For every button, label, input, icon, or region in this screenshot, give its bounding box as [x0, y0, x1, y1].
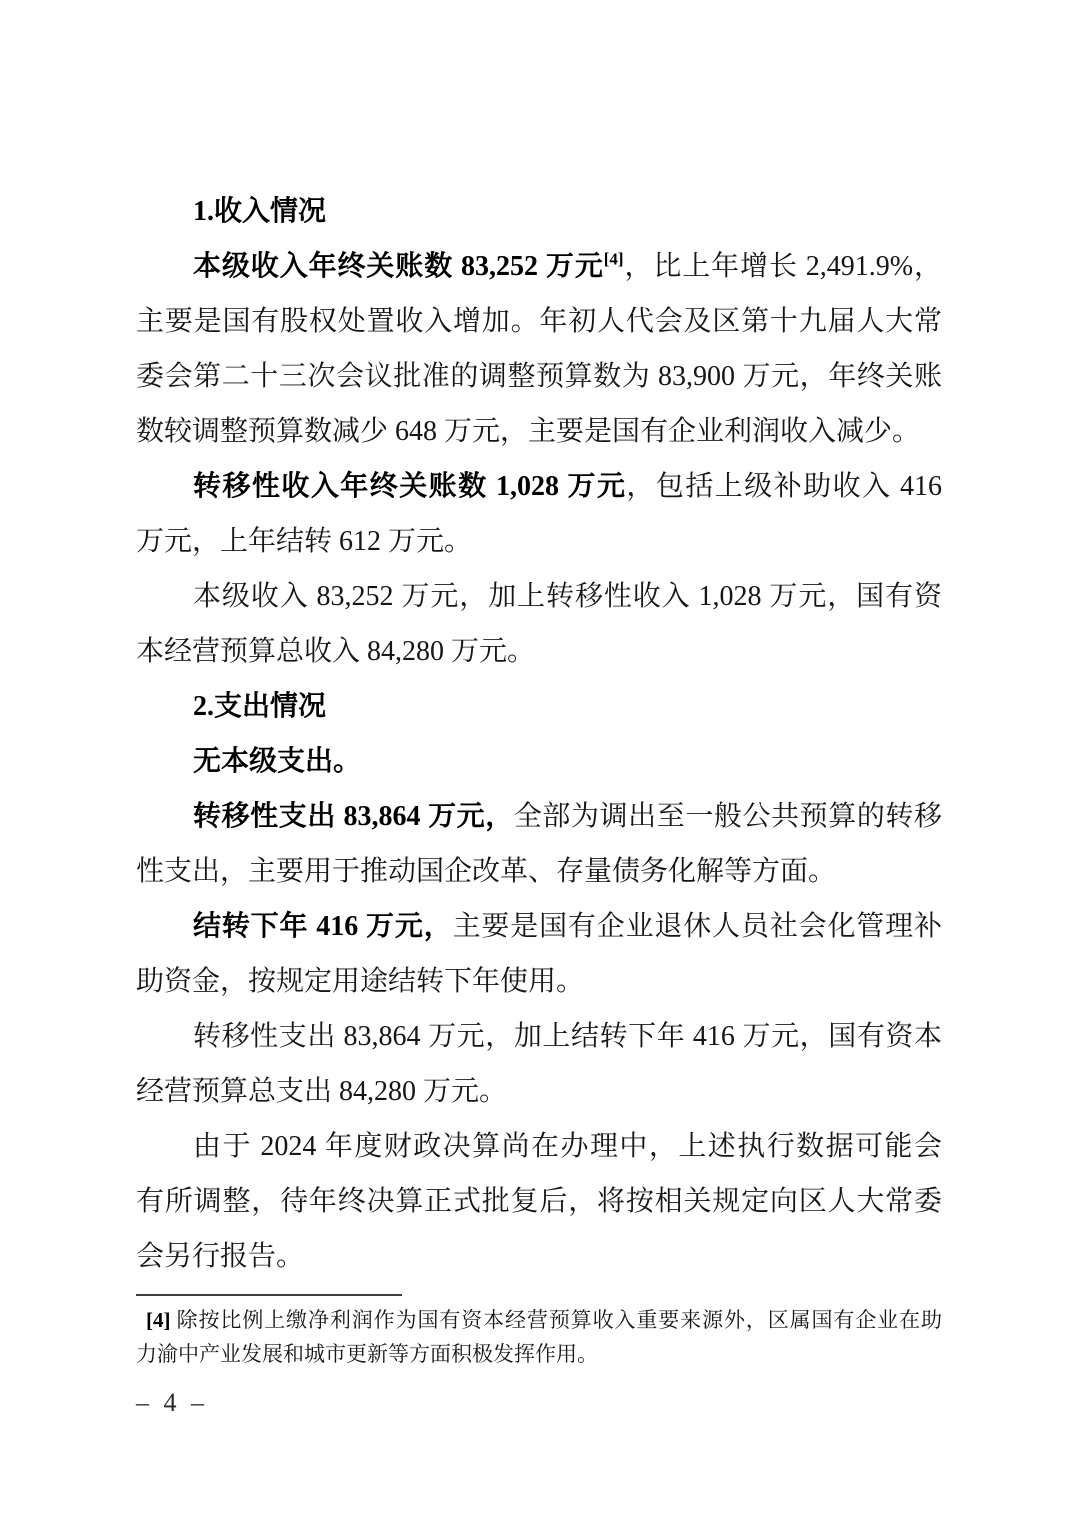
text-line: 由于 2024 年度财政决算尚在办理中，上述执行数据可能会 — [136, 1119, 942, 1174]
footnote: [4] 除按比例上缴净利润作为国有资本经营预算收入重要来源外，区属国有企业在助力… — [136, 1303, 942, 1371]
text-line: 转移性收入年终关账数 1,028 万元，包括上级补助收入 416 — [136, 459, 942, 514]
text-segment: 助资金，按规定用途结转下年使用。 — [136, 966, 584, 997]
text-segment: ，包括上级补助收入 416 — [626, 471, 942, 502]
text-line: 2.支出情况 — [136, 679, 942, 734]
text-line: 1.收入情况 — [136, 184, 942, 239]
text-segment: 委会第二十三次会议批准的调整预算数为 83,900 万元，年终关账 — [136, 361, 942, 392]
text-segment: 本级收入 83,252 万元，加上转移性收入 1,028 万元，国有资 — [193, 581, 942, 612]
para-transfer-income: 转移性收入年终关账数 1,028 万元，包括上级补助收入 416万元，上年结转 … — [136, 459, 942, 569]
footnote-reference: [4] — [604, 250, 624, 269]
text-segment: 力渝中产业发展和城市更新等方面积极发挥作用。 — [136, 1342, 598, 1366]
text-segment: 除按比例上缴净利润作为国有资本经营预算收入重要来源外，区属国有企业在助 — [171, 1308, 943, 1332]
text-line: 主要是国有股权处置收入增加。年初人代会及区第十九届人大常 — [136, 294, 942, 349]
text-line: 数较调整预算数减少 648 万元，主要是国有企业利润收入减少。 — [136, 404, 942, 459]
para-carryover-next-year: 结转下年 416 万元，主要是国有企业退休人员社会化管理补助资金，按规定用途结转… — [136, 899, 942, 1009]
text-segment: 转移性支出 83,864 万元， — [193, 801, 514, 832]
text-segment: 全部为调出至一般公共预算的转移 — [514, 801, 942, 832]
para-final-settlement-note: 由于 2024 年度财政决算尚在办理中，上述执行数据可能会有所调整，待年终决算正… — [136, 1119, 942, 1284]
text-segment: 结转下年 416 万元， — [193, 911, 453, 942]
text-line: 转移性支出 83,864 万元，全部为调出至一般公共预算的转移 — [136, 789, 942, 844]
document-body: 1.收入情况本级收入年终关账数 83,252 万元[4]，比上年增长 2,491… — [136, 184, 942, 1284]
text-segment: 无本级支出。 — [193, 746, 361, 777]
text-line: 转移性支出 83,864 万元，加上结转下年 416 万元，国有资本 — [136, 1009, 942, 1064]
text-line: 本级收入 83,252 万元，加上转移性收入 1,028 万元，国有资 — [136, 569, 942, 624]
para-no-local-expenditure: 无本级支出。 — [136, 734, 942, 789]
text-line: 本经营预算总收入 84,280 万元。 — [136, 624, 942, 679]
footnote-text: [4] 除按比例上缴净利润作为国有资本经营预算收入重要来源外，区属国有企业在助力… — [136, 1303, 942, 1371]
text-line: 助资金，按规定用途结转下年使用。 — [136, 954, 942, 1009]
text-line: 性支出，主要用于推动国企改革、存量债务化解等方面。 — [136, 844, 942, 899]
text-segment: 性支出，主要用于推动国企改革、存量债务化解等方面。 — [136, 856, 836, 887]
page-number: – 4 – — [136, 1386, 208, 1420]
para-transfer-expenditure: 转移性支出 83,864 万元，全部为调出至一般公共预算的转移性支出，主要用于推… — [136, 789, 942, 899]
text-line: 万元，上年结转 612 万元。 — [136, 514, 942, 569]
para-local-level-income: 本级收入年终关账数 83,252 万元[4]，比上年增长 2,491.9%，主要… — [136, 239, 942, 459]
text-segment: 转移性收入年终关账数 1,028 万元 — [193, 471, 626, 502]
text-line: 委会第二十三次会议批准的调整预算数为 83,900 万元，年终关账 — [136, 349, 942, 404]
text-segment: 2.支出情况 — [193, 691, 326, 722]
text-line: 无本级支出。 — [136, 734, 942, 789]
text-segment: 万元，上年结转 612 万元。 — [136, 526, 472, 557]
heading-income-situation: 1.收入情况 — [136, 184, 942, 239]
text-segment: ，比上年增长 2,491.9%， — [624, 251, 942, 282]
text-line: 经营预算总支出 84,280 万元。 — [136, 1064, 942, 1119]
heading-expenditure-situation: 2.支出情况 — [136, 679, 942, 734]
text-segment: 转移性支出 83,864 万元，加上结转下年 416 万元，国有资本 — [193, 1021, 942, 1052]
text-segment: 会另行报告。 — [136, 1241, 304, 1272]
text-segment: 由于 2024 年度财政决算尚在办理中，上述执行数据可能会 — [193, 1131, 942, 1162]
text-segment: 主要是国有企业退休人员社会化管理补 — [453, 911, 942, 942]
text-segment: 本经营预算总收入 84,280 万元。 — [136, 636, 535, 667]
text-segment: 1.收入情况 — [193, 196, 326, 227]
text-segment: 有所调整，待年终决算正式批复后，将按相关规定向区人大常委 — [136, 1186, 942, 1217]
para-total-expenditure: 转移性支出 83,864 万元，加上结转下年 416 万元，国有资本经营预算总支… — [136, 1009, 942, 1119]
text-line: [4] 除按比例上缴净利润作为国有资本经营预算收入重要来源外，区属国有企业在助 — [136, 1303, 942, 1337]
text-segment: 经营预算总支出 84,280 万元。 — [136, 1076, 507, 1107]
footnote-separator — [136, 1294, 402, 1296]
document-page: 1.收入情况本级收入年终关账数 83,252 万元[4]，比上年增长 2,491… — [0, 0, 1074, 1520]
text-line: 会另行报告。 — [136, 1229, 942, 1284]
text-line: 本级收入年终关账数 83,252 万元[4]，比上年增长 2,491.9%， — [136, 239, 942, 294]
text-segment: 主要是国有股权处置收入增加。年初人代会及区第十九届人大常 — [136, 306, 942, 337]
footnote-marker: [4] — [146, 1308, 171, 1332]
text-segment: 数较调整预算数减少 648 万元，主要是国有企业利润收入减少。 — [136, 416, 920, 447]
text-line: 有所调整，待年终决算正式批复后，将按相关规定向区人大常委 — [136, 1174, 942, 1229]
para-total-income: 本级收入 83,252 万元，加上转移性收入 1,028 万元，国有资本经营预算… — [136, 569, 942, 679]
text-line: 结转下年 416 万元，主要是国有企业退休人员社会化管理补 — [136, 899, 942, 954]
text-segment: 本级收入年终关账数 83,252 万元 — [193, 251, 604, 282]
text-line: 力渝中产业发展和城市更新等方面积极发挥作用。 — [136, 1337, 942, 1371]
